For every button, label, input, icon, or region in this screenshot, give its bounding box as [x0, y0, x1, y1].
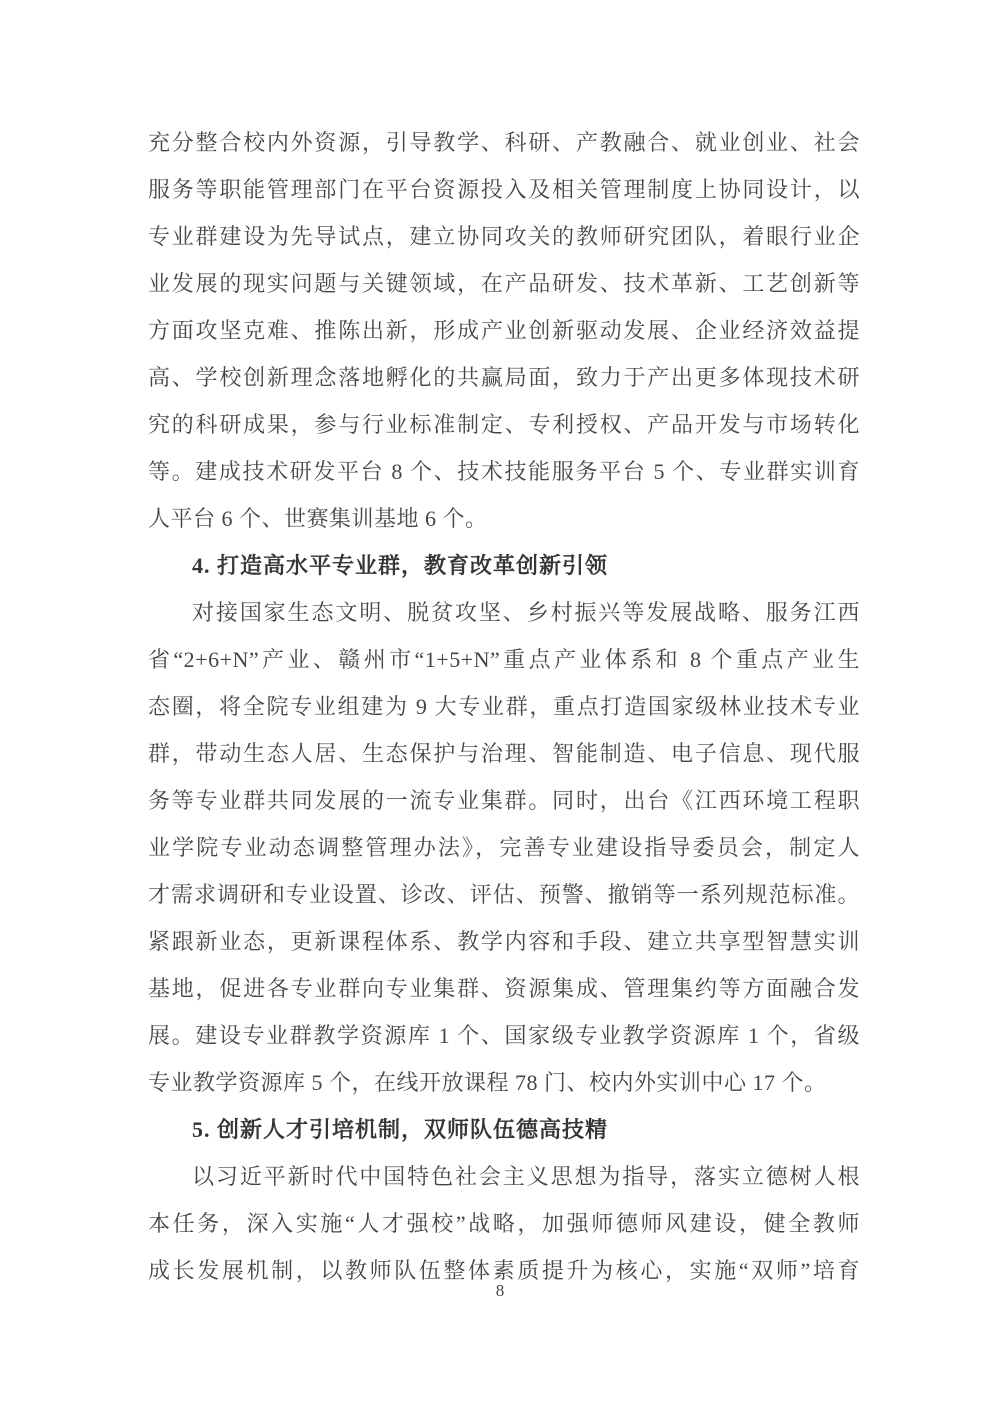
body-line: 基地，促进各专业群向专业集群、资源集成、管理集约等方面融合发	[148, 965, 860, 1012]
body-line: 务等专业群共同发展的一流专业集群。同时，出台《江西环境工程职	[148, 777, 860, 824]
body-line: 专业教学资源库 5 个，在线开放课程 78 门、校内外实训中心 17 个。	[148, 1059, 860, 1106]
body-line: 紧跟新业态，更新课程体系、教学内容和手段、建立共享型智慧实训	[148, 918, 860, 965]
page-number: 8	[0, 1279, 1000, 1303]
body-line: 业发展的现实问题与关键领域，在产品研发、技术革新、工艺创新等	[148, 260, 860, 307]
body-line: 态圈，将全院专业组建为 9 大专业群，重点打造国家级林业技术专业	[148, 683, 860, 730]
body-line: 业学院专业动态调整管理办法》，完善专业建设指导委员会，制定人	[148, 824, 860, 871]
document-page: 充分整合校内外资源，引导教学、科研、产教融合、就业创业、社会 服务等职能管理部门…	[0, 0, 1000, 1414]
body-line: 群，带动生态人居、生态保护与治理、智能制造、电子信息、现代服	[148, 730, 860, 777]
body-line: 方面攻坚克难、推陈出新，形成产业创新驱动发展、企业经济效益提	[148, 307, 860, 354]
body-line: 高、学校创新理念落地孵化的共赢局面，致力于产出更多体现技术研	[148, 354, 860, 401]
section-heading-4: 4. 打造高水平专业群，教育改革创新引领	[148, 542, 860, 589]
body-line: 展。建设专业群教学资源库 1 个、国家级专业教学资源库 1 个，省级	[148, 1012, 860, 1059]
body-line: 才需求调研和专业设置、诊改、评估、预警、撤销等一系列规范标准。	[148, 871, 860, 918]
body-line: 究的科研成果，参与行业标准制定、专利授权、产品开发与市场转化	[148, 401, 860, 448]
body-line: 对接国家生态文明、脱贫攻坚、乡村振兴等发展战略、服务江西	[148, 589, 860, 636]
body-line: 本任务，深入实施“人才强校”战略，加强师德师风建设，健全教师	[148, 1200, 860, 1247]
body-line: 专业群建设为先导试点，建立协同攻关的教师研究团队，着眼行业企	[148, 213, 860, 260]
body-line: 等。建成技术研发平台 8 个、技术技能服务平台 5 个、专业群实训育	[148, 448, 860, 495]
body-line: 以习近平新时代中国特色社会主义思想为指导，落实立德树人根	[148, 1153, 860, 1200]
body-line: 人平台 6 个、世赛集训基地 6 个。	[148, 495, 860, 542]
body-line: 省“2+6+N”产业、赣州市“1+5+N”重点产业体系和 8 个重点产业生	[148, 636, 860, 683]
body-line: 充分整合校内外资源，引导教学、科研、产教融合、就业创业、社会	[148, 119, 860, 166]
body-line: 服务等职能管理部门在平台资源投入及相关管理制度上协同设计，以	[148, 166, 860, 213]
document-body: 充分整合校内外资源，引导教学、科研、产教融合、就业创业、社会 服务等职能管理部门…	[148, 119, 860, 1294]
section-heading-5: 5. 创新人才引培机制，双师队伍德高技精	[148, 1106, 860, 1153]
